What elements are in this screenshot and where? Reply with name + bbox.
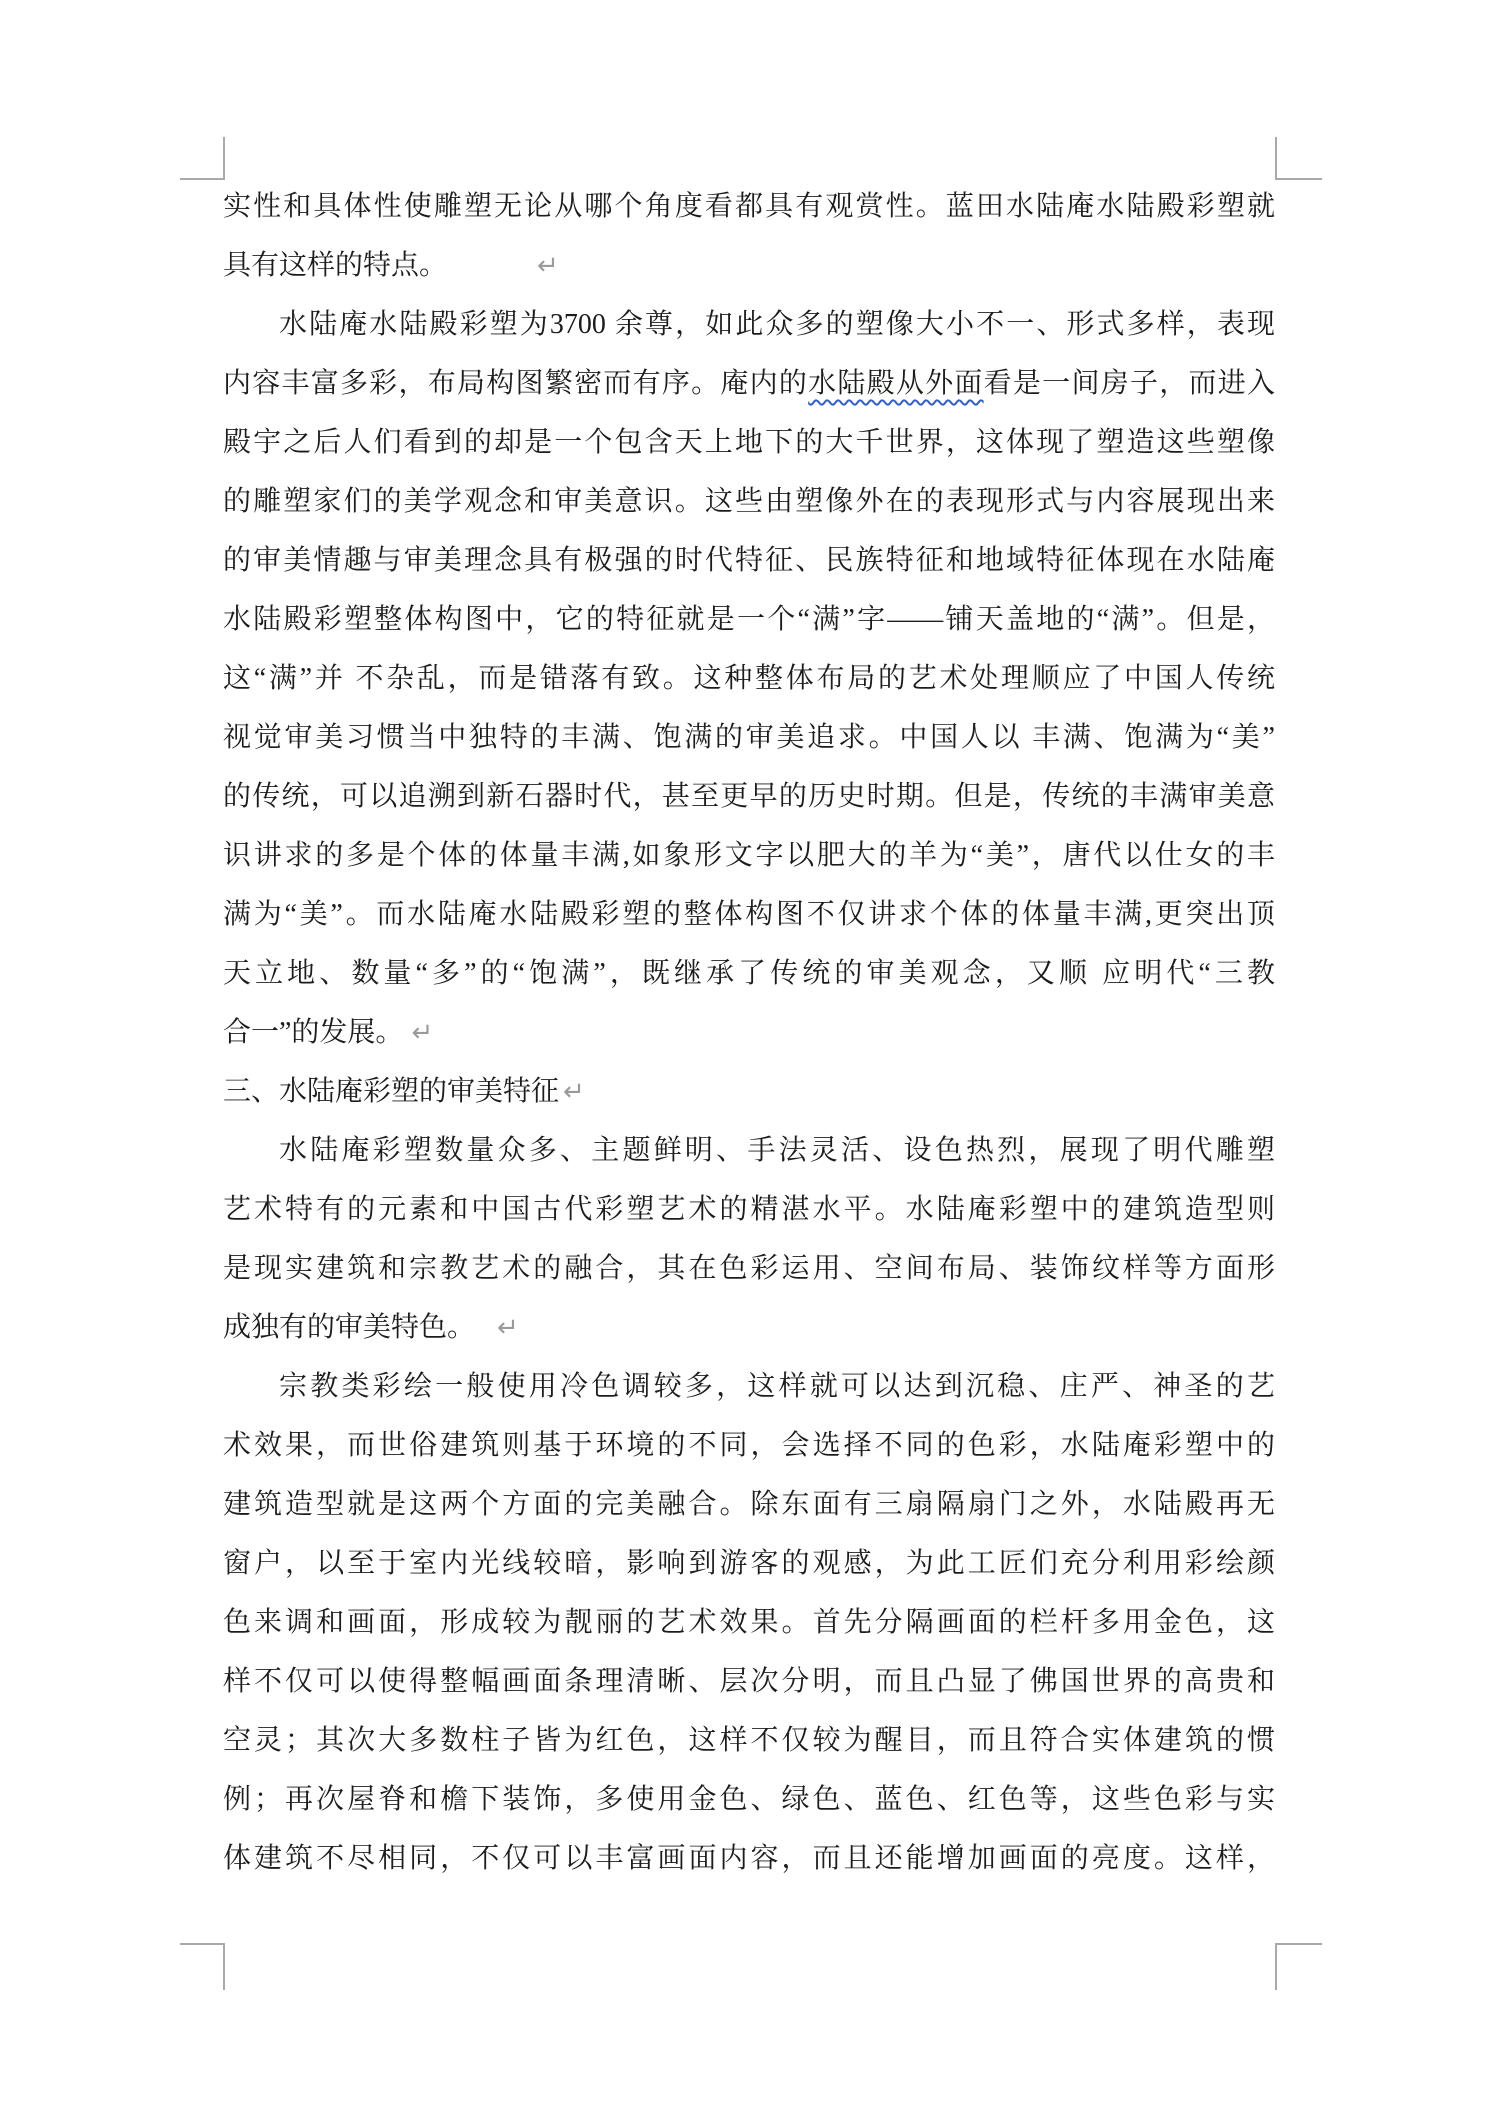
- text-line: 建筑造型就是这两个方面的完美融合。除东面有三扇隔扇门之外，水陆殿再无: [223, 1475, 1275, 1534]
- text-run: 窗户，以至于室内光线较暗，影响到游客的观感，为此工匠们充分利用彩绘颜: [223, 1548, 1275, 1579]
- text-line: 窗户，以至于室内光线较暗，影响到游客的观感，为此工匠们充分利用彩绘颜: [223, 1534, 1275, 1593]
- text-run: 例；再次屋脊和檐下装饰，多使用金色、绿色、蓝色、红色等，这些色彩与实: [223, 1784, 1275, 1815]
- text-line: 成独有的审美特色。↵: [223, 1298, 1275, 1357]
- text-line: 天立地、数量“多”的“饱满”，既继承了传统的审美观念，又顺 应明代“三教: [223, 944, 1275, 1003]
- text-line: 术效果，而世俗建筑则基于环境的不同，会选择不同的色彩，水陆庵彩塑中的: [223, 1416, 1275, 1475]
- text-line: 样不仅可以使得整幅画面条理清晰、层次分明，而且凸显了佛国世界的高贵和: [223, 1652, 1275, 1711]
- text-run: 实性和具体性使雕塑无论从哪个角度看都具有观赏性。蓝田水陆庵水陆殿彩塑就: [223, 191, 1275, 222]
- crop-mark-bottom-right: [1275, 1943, 1322, 1990]
- text-line: 的传统，可以追溯到新石器时代，甚至更早的历史时期。但是，传统的丰满审美意: [223, 767, 1275, 826]
- text-run: 建筑造型就是这两个方面的完美融合。除东面有三扇隔扇门之外，水陆殿再无: [223, 1489, 1275, 1520]
- text-run: 合一”的发展。: [223, 1017, 403, 1048]
- text-run: 是现实建筑和宗教艺术的融合，其在色彩运用、空间布局、装饰纹样等方面形: [223, 1253, 1275, 1284]
- text-run: 视觉审美习惯当中独特的丰满、饱满的审美追求。中国人以 丰满、饱满为“美”: [223, 722, 1275, 753]
- text-line: 识讲求的多是个体的体量丰满,如象形文字以肥大的羊为“美”，唐代以仕女的丰: [223, 826, 1275, 885]
- text-run: 的审美情趣与审美理念具有极强的时代特征、民族特征和地域特征体现在水陆庵: [223, 545, 1275, 576]
- crop-mark-top-right: [1275, 137, 1322, 180]
- text-line: 满为“美”。而水陆庵水陆殿彩塑的整体构图不仅讲求个体的体量丰满,更突出顶: [223, 885, 1275, 944]
- text-run: 看是一间房子，而进入: [984, 368, 1275, 399]
- text-run: 水陆殿彩塑整体构图中，它的特征就是一个“满”字——铺天盖地的“满”。但是，: [223, 604, 1275, 635]
- text-run: 艺术特有的元素和中国古代彩塑艺术的精湛水平。水陆庵彩塑中的建筑造型则: [223, 1194, 1275, 1225]
- paragraph-mark-icon: ↵: [563, 1077, 585, 1107]
- text-line: 水陆殿彩塑整体构图中，它的特征就是一个“满”字——铺天盖地的“满”。但是，: [223, 590, 1275, 649]
- text-run: 天立地、数量“多”的“饱满”，既继承了传统的审美观念，又顺 应明代“三教: [223, 958, 1275, 989]
- crop-mark-top-left: [180, 137, 225, 180]
- text-run: 成独有的审美特色。: [223, 1312, 475, 1343]
- text-run: 水陆庵彩塑数量众多、主题鲜明、手法灵活、设色热烈，展现了明代雕塑: [279, 1135, 1275, 1166]
- text-run: 的雕塑家们的美学观念和审美意识。这些由塑像外在的表现形式与内容展现出来: [223, 486, 1275, 517]
- section-heading-line: 三、水陆庵彩塑的审美特征↵: [223, 1062, 1275, 1121]
- text-run: 满为“美”。而水陆庵水陆殿彩塑的整体构图不仅讲求个体的体量丰满,更突出顶: [223, 899, 1275, 930]
- text-line: 实性和具体性使雕塑无论从哪个角度看都具有观赏性。蓝田水陆庵水陆殿彩塑就: [223, 177, 1275, 236]
- text-line: 水陆庵水陆殿彩塑为3700 余尊，如此众多的塑像大小不一、形式多样，表现: [223, 295, 1275, 354]
- text-line: 水陆庵彩塑数量众多、主题鲜明、手法灵活、设色热烈，展现了明代雕塑: [223, 1121, 1275, 1180]
- text-run: 殿宇之后人们看到的却是一个包含天上地下的大千世界，这体现了塑造这些塑像: [223, 427, 1275, 458]
- text-line: 宗教类彩绘一般使用冷色调较多，这样就可以达到沉稳、庄严、神圣的艺: [223, 1357, 1275, 1416]
- paragraph-mark-icon: ↵: [537, 251, 559, 281]
- text-run: 色来调和画面，形成较为靓丽的艺术效果。首先分隔画面的栏杆多用金色，这: [223, 1607, 1275, 1638]
- document-page: { "page": { "background_color": "#ffffff…: [0, 0, 1500, 2121]
- text-line: 合一”的发展。↵: [223, 1003, 1275, 1062]
- paragraph-mark-icon: ↵: [497, 1313, 519, 1343]
- text-line: 具有这样的特点。↵: [223, 236, 1275, 295]
- paragraph-mark-icon: ↵: [411, 1018, 433, 1048]
- text-line: 视觉审美习惯当中独特的丰满、饱满的审美追求。中国人以 丰满、饱满为“美”: [223, 708, 1275, 767]
- text-run: 样不仅可以使得整幅画面条理清晰、层次分明，而且凸显了佛国世界的高贵和: [223, 1666, 1275, 1697]
- text-run: 具有这样的特点。: [223, 250, 447, 281]
- text-line: 艺术特有的元素和中国古代彩塑艺术的精湛水平。水陆庵彩塑中的建筑造型则: [223, 1180, 1275, 1239]
- text-run: 的传统，可以追溯到新石器时代，甚至更早的历史时期。但是，传统的丰满审美意: [223, 781, 1275, 812]
- text-run: 术效果，而世俗建筑则基于环境的不同，会选择不同的色彩，水陆庵彩塑中的: [223, 1430, 1275, 1461]
- crop-mark-bottom-left: [180, 1943, 225, 1990]
- text-line: 殿宇之后人们看到的却是一个包含天上地下的大千世界，这体现了塑造这些塑像: [223, 413, 1275, 472]
- spellcheck-flagged-text: 水陆殿从外面: [808, 368, 984, 399]
- text-run: 水陆庵水陆殿彩塑为3700 余尊，如此众多的塑像大小不一、形式多样，表现: [279, 309, 1275, 340]
- text-line: 这“满”并 不杂乱，而是错落有致。这种整体布局的艺术处理顺应了中国人传统: [223, 649, 1275, 708]
- text-run: 这“满”并 不杂乱，而是错落有致。这种整体布局的艺术处理顺应了中国人传统: [223, 663, 1275, 694]
- text-line: 的审美情趣与审美理念具有极强的时代特征、民族特征和地域特征体现在水陆庵: [223, 531, 1275, 590]
- text-area: 实性和具体性使雕塑无论从哪个角度看都具有观赏性。蓝田水陆庵水陆殿彩塑就具有这样的…: [223, 177, 1275, 1888]
- text-line: 内容丰富多彩，布局构图繁密而有序。庵内的水陆殿从外面看是一间房子，而进入: [223, 354, 1275, 413]
- text-line: 例；再次屋脊和檐下装饰，多使用金色、绿色、蓝色、红色等，这些色彩与实: [223, 1770, 1275, 1829]
- text-line: 体建筑不尽相同，不仅可以丰富画面内容，而且还能增加画面的亮度。这样，: [223, 1829, 1275, 1888]
- text-run: 空灵；其次大多数柱子皆为红色，这样不仅较为醒目，而且符合实体建筑的惯: [223, 1725, 1275, 1756]
- text-line: 是现实建筑和宗教艺术的融合，其在色彩运用、空间布局、装饰纹样等方面形: [223, 1239, 1275, 1298]
- text-run: 内容丰富多彩，布局构图繁密而有序。庵内的: [223, 368, 808, 399]
- text-line: 空灵；其次大多数柱子皆为红色，这样不仅较为醒目，而且符合实体建筑的惯: [223, 1711, 1275, 1770]
- text-run: 三、水陆庵彩塑的审美特征: [223, 1076, 559, 1107]
- text-line: 的雕塑家们的美学观念和审美意识。这些由塑像外在的表现形式与内容展现出来: [223, 472, 1275, 531]
- text-run: 识讲求的多是个体的体量丰满,如象形文字以肥大的羊为“美”，唐代以仕女的丰: [223, 840, 1275, 871]
- text-run: 体建筑不尽相同，不仅可以丰富画面内容，而且还能增加画面的亮度。这样，: [223, 1843, 1275, 1874]
- text-run: 宗教类彩绘一般使用冷色调较多，这样就可以达到沉稳、庄严、神圣的艺: [279, 1371, 1275, 1402]
- text-line: 色来调和画面，形成较为靓丽的艺术效果。首先分隔画面的栏杆多用金色，这: [223, 1593, 1275, 1652]
